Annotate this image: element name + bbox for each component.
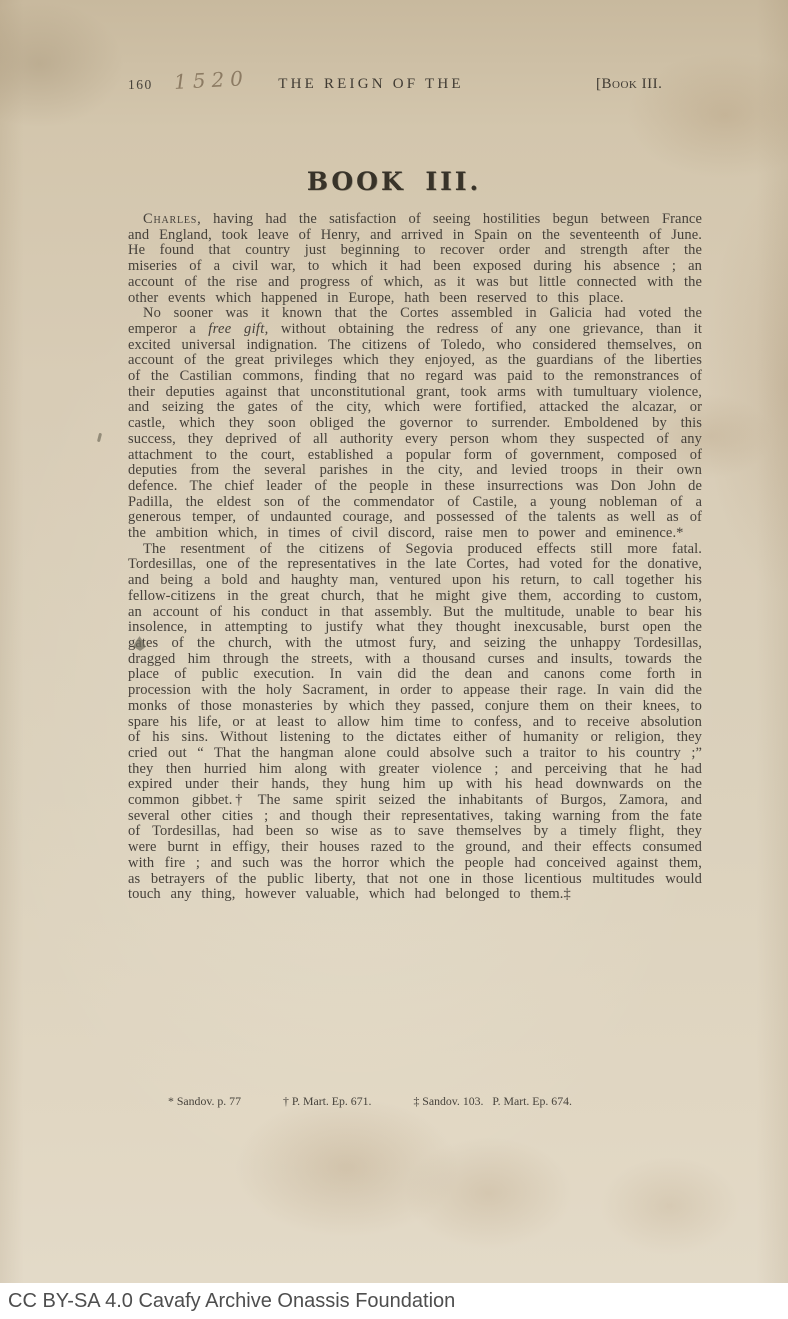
- footnote: ‡ Sandov. 103. P. Mart. Ep. 674.: [413, 1094, 572, 1109]
- page-number: 160: [128, 77, 153, 93]
- screenshot-stage: 160 1520 THE REIGN OF THE [Book III. BOO…: [0, 0, 788, 1319]
- attribution-bar: CC BY-SA 4.0 Cavafy Archive Onassis Foun…: [0, 1283, 788, 1319]
- body-paragraph: No sooner was it known that the Cortes a…: [128, 306, 702, 542]
- text-segment: The resentment of the citizens of Segovi…: [128, 541, 702, 902]
- running-title: THE REIGN OF THE: [258, 76, 484, 93]
- margin-pencil-tick: [97, 433, 102, 442]
- scanned-book-page: 160 1520 THE REIGN OF THE [Book III. BOO…: [0, 0, 788, 1283]
- text-segment: free gift,: [208, 321, 268, 337]
- text-segment: Charles: [143, 211, 197, 227]
- chapter-heading: BOOK III.: [0, 167, 788, 196]
- text-segment: without obtaining the redress of any one…: [128, 321, 702, 541]
- footnotes-row: * Sandov. p. 77† P. Mart. Ep. 671.‡ Sand…: [168, 1094, 708, 1109]
- license-attribution-text: CC BY-SA 4.0 Cavafy Archive Onassis Foun…: [0, 1290, 455, 1313]
- body-paragraph: Charles, having had the satisfaction of …: [128, 212, 702, 306]
- footnote: † P. Mart. Ep. 671.: [283, 1094, 371, 1109]
- book-marker: [Book III.: [596, 76, 662, 93]
- running-head: 160 1520 THE REIGN OF THE [Book III.: [0, 0, 788, 110]
- handwritten-year-note: 1520: [173, 66, 249, 94]
- body-text: Charles, having had the satisfaction of …: [128, 212, 702, 903]
- text-segment: , having had the satisfaction of seeing …: [128, 211, 702, 306]
- footnote: * Sandov. p. 77: [168, 1094, 241, 1109]
- body-paragraph: The resentment of the citizens of Segovi…: [128, 542, 702, 903]
